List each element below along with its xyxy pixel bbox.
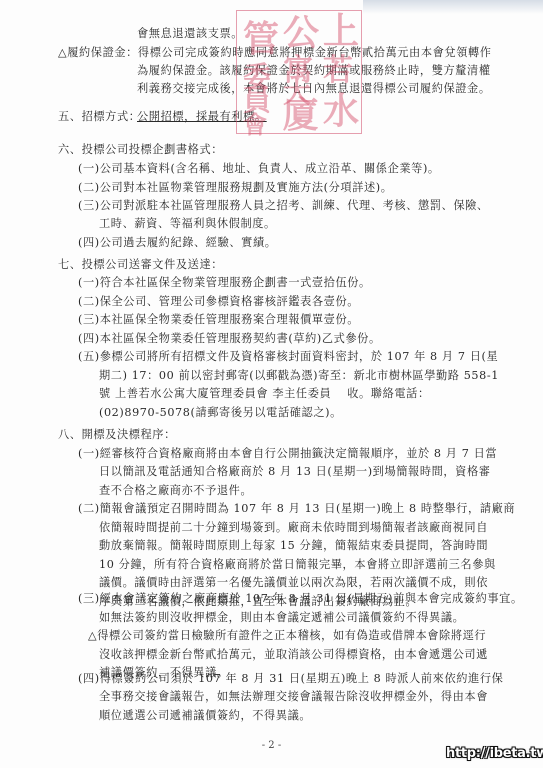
text-line: 五、招標方式： — [58, 110, 141, 124]
text-line: (二)保全公司、管理公司參標資格審核評鑑表各壹份。 — [78, 295, 359, 309]
seal-stamp: 上 公 管 若 寓 水 大 委 廈 員 會 — [236, 10, 362, 134]
text-line: 工時、薪資、等福利與休假制度。 — [99, 217, 276, 231]
text-line: 順位遞選公司遞補議價簽約，不得異議。 — [99, 709, 311, 723]
text-line: 日以簡訊及電話通知合格廠商於 8 月 13 日(星期一)到場簡報時間，資格審 — [99, 465, 491, 479]
text-line: (三)本社區保全物業委任管理服務案合理報價單壹份。 — [78, 313, 359, 327]
text-line: (二)公司對本社區物業管理服務規劃及實施方法(分項詳述)。 — [78, 181, 393, 195]
stamp-char: 若 — [323, 53, 353, 89]
text-line: 全事務交接會議報告，如無法辦理交接會議報告除沒收押標金外，得由本會 — [99, 690, 488, 704]
text-line: 號 上善若水公寓大廈管理委員會 李主任委員 收。聯絡電話： — [99, 387, 430, 401]
text-line: (三)經本會議定簽約之廠商應於 107 年 8 月 31 日(星期五)前與本會完… — [78, 592, 523, 606]
text-line: 動放棄簡報。簡報時間原則上每家 15 分鐘，簡報結束委員提問，答詢時間 — [99, 539, 488, 553]
text-line: (五)參標公司將所有招標文件及資格審核封面資料密封，於 107 年 8 月 7 … — [78, 350, 498, 364]
text-line: 議價。議價時由評選第一名優先議價並以兩次為限，若兩次議價不成，則依 — [99, 576, 488, 590]
text-line: 七、投標公司送審文件及送達： — [58, 258, 223, 272]
text-line: (一)公司基本資料(含名稱、地址、負責人、成立沿革、關係企業等)。 — [78, 162, 440, 176]
text-line: 查不合格之廠商亦不予退件。 — [99, 484, 252, 498]
stamp-char: 會 — [243, 107, 267, 143]
text-line: △得標公司簽約當日檢驗所有證件之正本稽核，如有偽造或借牌本會除將逕行 — [88, 629, 486, 643]
text-line: (四)得標簽約公司須於 107 年 8 月 31 日(星期五)晚上 8 時派人前… — [78, 672, 503, 686]
text-line: 如無法簽約則沒收押標金，則由本會議定遞補公司議價簽約不得異議。 — [99, 611, 464, 625]
text-line: (四)本社區保全物業委任管理服務契約書(草約)乙式參份。 — [78, 332, 381, 346]
text-line: 依簡報時間提前二十分鐘到場簽到。廠商未依時間到場簡報者該廠商視同自 — [99, 521, 488, 535]
stamp-char: 水 — [323, 93, 359, 129]
text-line: (02)8970-5078(請郵寄後另以電話確認之)。 — [99, 406, 342, 420]
text-line: (三)公司對派駐本社區管理服務人員之招考、訓練、代理、考核、懲罰、保險、 — [78, 199, 489, 213]
text-line: (二)簡報會議預定召開時間為 107 年 8 月 13 日(星期一)晚上 8 時… — [78, 502, 515, 516]
text-line: 期二) 17：00 前以密封郵寄(以郵戳為憑)寄至：新北市樹林區學勤路 558-… — [99, 369, 499, 383]
text-line: 八、開標及決標程序： — [58, 428, 176, 442]
text-line: 六、投標公司投標企劃書格式： — [58, 143, 223, 157]
stamp-char: 上 — [323, 13, 359, 49]
stamp-char: 管 — [243, 21, 279, 57]
text-line: 沒收該押標金新台幣貳拾萬元，並取消該公司得標資格，由本會遞選公司遞 — [99, 648, 488, 662]
stamp-char: 廈 — [283, 97, 319, 133]
text-line: (四)公司過去履約紀錄、經驗、實績。 — [78, 236, 277, 250]
document-page: 會無息退還該支票。△履約保證金：得標公司完成簽約時應同意將押標金新台幣貳拾萬元由… — [0, 0, 543, 768]
scan-shade — [363, 0, 543, 14]
watermark: http://ibeta.tw — [446, 746, 543, 761]
text-line: (一)符合本社區保全物業管理服務企劃書一式壹拾伍份。 — [78, 276, 371, 290]
stamp-char: 公 — [283, 15, 319, 51]
text-line: 會無息退還該支票。 — [137, 27, 243, 41]
text-line: (一)經審核符合資格廠商將由本會自行公開抽籤決定簡報順序，並於 8 月 7 日當 — [78, 447, 497, 461]
text-line: 10 分鐘，所有符合資格廠商將於當日簡報完畢，本會將立即評選前三名參與 — [99, 558, 496, 572]
